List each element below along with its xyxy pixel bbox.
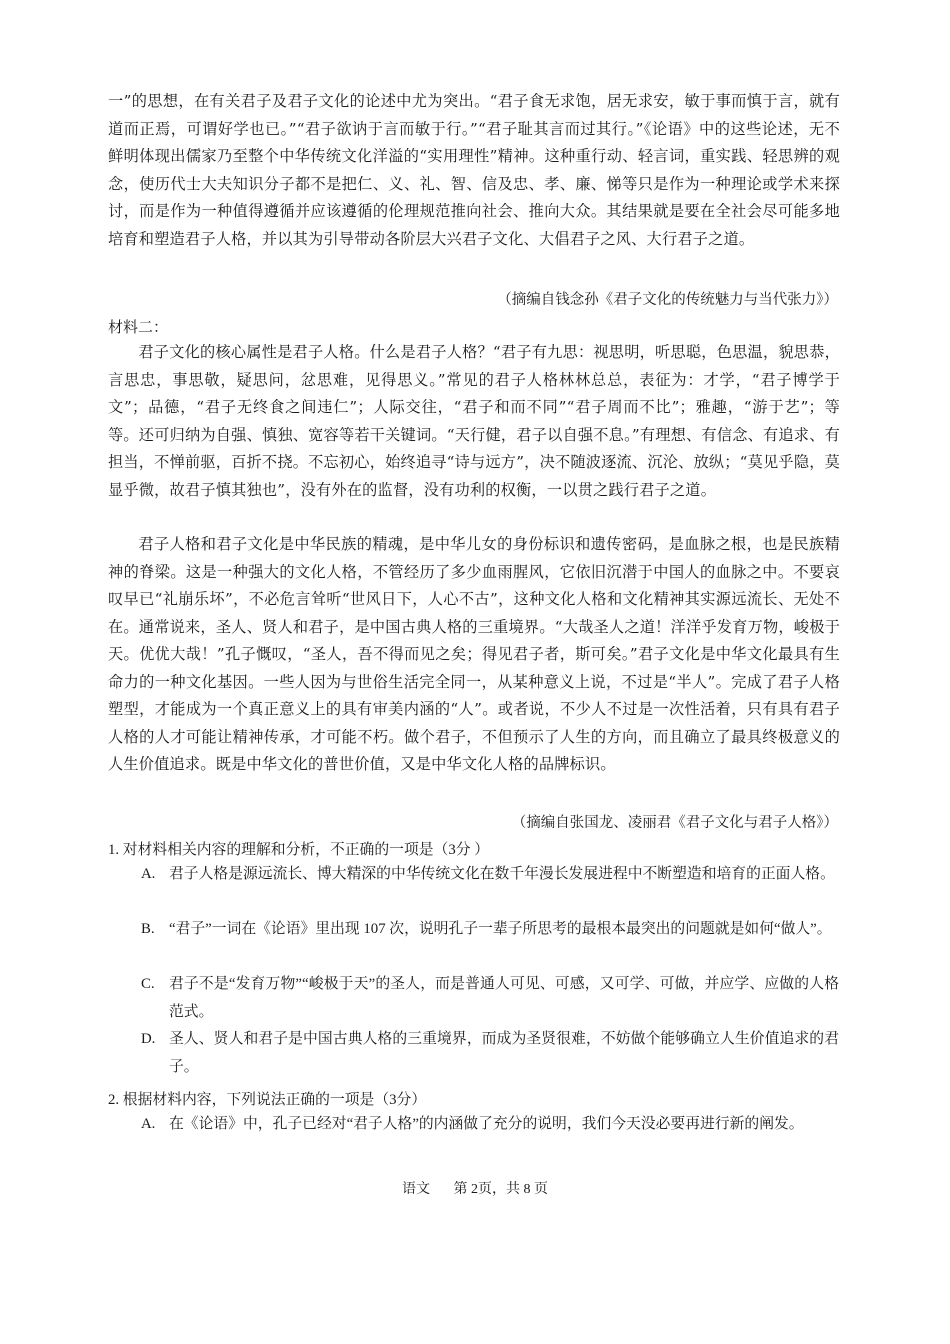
- question-1-stem: 1. 对材料相关内容的理解和分析，不正确的一项是（3分 ）: [108, 838, 840, 859]
- option-text: 在《论语》中，孔子已经对“君子人格”的内涵做了充分的说明，我们今天没必要再进行新…: [169, 1111, 839, 1139]
- exam-page: 一”的思想，在有关君子及君子文化的论述中尤为突出。“君子食无求饱，居无求安，敏于…: [0, 0, 950, 1344]
- option-letter: C.: [141, 971, 169, 1026]
- option-text: “君子”一词在《论语》里出现 107 次，说明孔子一辈子所思考的最根本最突出的问…: [169, 916, 839, 944]
- option-text: 圣人、贤人和君子是中国古典人格的三重境界，而成为圣贤很难，不妨做个能够确立人生价…: [169, 1026, 839, 1081]
- question-1-option-a[interactable]: A. 君子人格是源远流长、博大精深的中华传统文化在数千年漫长发展进程中不断塑造和…: [141, 861, 839, 889]
- question-1-option-d[interactable]: D. 圣人、贤人和君子是中国古典人格的三重境界，而成为圣贤很难，不妨做个能够确立…: [141, 1026, 839, 1081]
- option-letter: A.: [141, 1111, 169, 1139]
- question-1-option-c[interactable]: C. 君子不是“发育万物”“峻极于天”的圣人，而是普通人可见、可感，又可学、可做…: [141, 971, 839, 1026]
- question-1-option-b[interactable]: B. “君子”一词在《论语》里出现 107 次，说明孔子一辈子所思考的最根本最突…: [141, 916, 839, 944]
- footer-subject: 语文: [402, 1182, 430, 1197]
- material1-source: （摘编自钱念孙《君子文化的传统魅力与当代张力》）: [497, 288, 838, 309]
- option-letter: B.: [141, 916, 169, 944]
- material1-paragraph: 一”的思想，在有关君子及君子文化的论述中尤为突出。“君子食无求饱，居无求安，敏于…: [108, 88, 840, 253]
- page-footer: 语文 第 2页，共 8 页: [0, 1178, 950, 1198]
- option-text: 君子不是“发育万物”“峻极于天”的圣人，而是普通人可见、可感，又可学、可做，并应…: [169, 971, 839, 1026]
- footer-page-number: 第 2页，共 8 页: [454, 1182, 549, 1197]
- question-2-stem: 2. 根据材料内容，下列说法正确的一项是（3分）: [108, 1088, 840, 1109]
- option-text: 君子人格是源远流长、博大精深的中华传统文化在数千年漫长发展进程中不断塑造和培育的…: [169, 861, 839, 889]
- option-letter: D.: [141, 1026, 169, 1081]
- material2-label: 材料二：: [108, 316, 168, 337]
- material2-source: （摘编自张国龙、凌丽君《君子文化与君子人格》）: [512, 811, 838, 832]
- material2-paragraph-1: 君子文化的核心属性是君子人格。什么是君子人格？“君子有九思：视思明，听思聪，色思…: [108, 339, 840, 504]
- option-letter: A.: [141, 861, 169, 889]
- question-2-option-a[interactable]: A. 在《论语》中，孔子已经对“君子人格”的内涵做了充分的说明，我们今天没必要再…: [141, 1111, 839, 1139]
- material2-paragraph-2: 君子人格和君子文化是中华民族的精魂，是中华儿女的身份标识和遗传密码，是血脉之根，…: [108, 531, 840, 779]
